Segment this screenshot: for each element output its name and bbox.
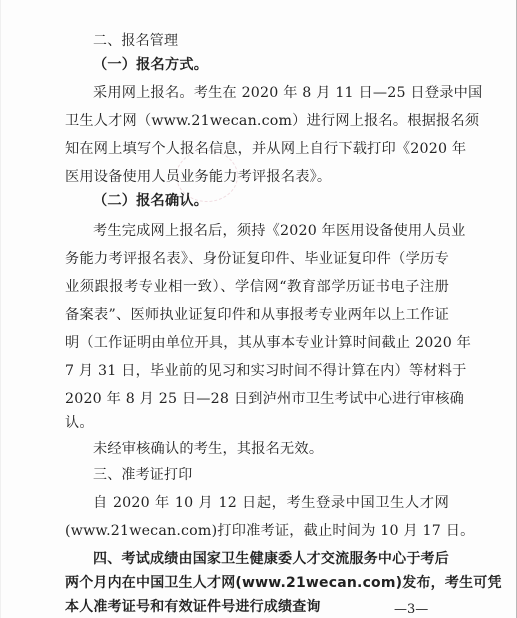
paragraph-line: 采用网上报名。考生在 2020 年 8 月 11 日—25 日登录中国	[93, 82, 449, 102]
paragraph-line: 自 2020 年 10 月 12 日起，考生登录中国卫生人才网	[93, 492, 449, 512]
section-4-line: 本人准考证号和有效证件号进行成绩查询	[65, 596, 321, 616]
section-4-line: 两个月内在中国卫生人才网(www.21wecan.com)发布，考生可凭	[65, 572, 449, 592]
paragraph-line: 备案表”、医师执业证复印件和从事报考专业两年以上工作证	[65, 304, 449, 324]
paragraph-line: 医用设备使用人员业务能力考评报名表》。	[65, 166, 331, 186]
paragraph-line: 务能力考评报名表》、身份证复印件、毕业证复印件（学历专	[65, 248, 449, 268]
paragraph-line: (www.21wecan.com)打印准考证，截止时间为 10 月 17 日。	[65, 520, 474, 540]
paragraph-line: 明（工作证明由单位开具，其从事本专业计算时间截止 2020 年	[65, 332, 449, 352]
document-page: 二、报名管理 （一）报名方式。 采用网上报名。考生在 2020 年 8 月 11…	[0, 0, 517, 618]
paragraph-line: 考生完成网上报名后，须持《2020 年医用设备使用人员业	[93, 220, 449, 240]
subsection-2-title: （二）报名确认。	[93, 190, 208, 210]
paragraph-line: 业须跟报考专业相一致）、学信网“教育部学历证书电子注册	[65, 276, 449, 296]
section-3-title: 三、准考证打印	[93, 464, 192, 484]
paragraph-line: 认。	[65, 412, 94, 432]
paragraph-line: 卫生人才网（www.21wecan.com）进行网上报名。根据报名须	[65, 110, 449, 130]
page-number: —3—	[394, 602, 428, 617]
section-4-line: 四、考试成绩由国家卫生健康委人才交流服务中心于考后	[93, 548, 449, 568]
paragraph-line: 7 月 31 日，毕业前的见习和实习时间不得计算在内）等材料于	[65, 360, 449, 380]
section-2-title: 二、报名管理	[93, 30, 178, 50]
invalid-note: 未经审核确认的考生，其报名无效。	[93, 438, 323, 458]
paragraph-line: 2020 年 8 月 25 日—28 日到泸州市卫生考试中心进行审核确	[65, 388, 449, 408]
paragraph-line: 知在网上填写个人报名信息，并从网上自行下载打印《2020 年	[65, 138, 449, 158]
subsection-1-title: （一）报名方式。	[93, 54, 208, 74]
